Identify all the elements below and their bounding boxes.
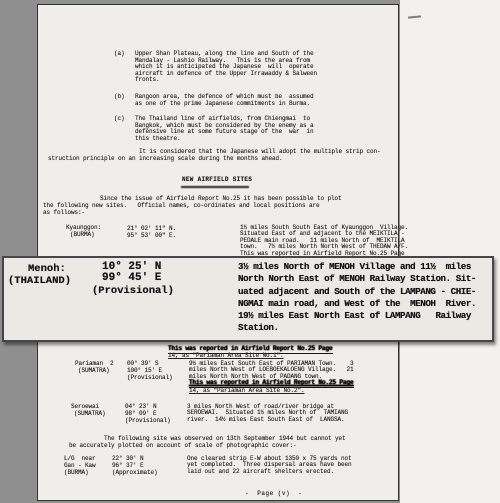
coordinate-line: 21° 02' 11" N. [127, 225, 176, 232]
text-line: NGMAI main road, and West of the MENOH R… [238, 298, 476, 310]
entry-pariaman2-country: (SUMATRA) [78, 368, 110, 375]
text-line: 19½ miles East North East of LAMPANG Rai… [238, 310, 476, 322]
list-label-a: (a) [114, 51, 125, 58]
paragraph-since-issue-line3: as follows:- [43, 210, 85, 217]
text-line: laid out and 22 aircraft shelters erecte… [187, 469, 352, 475]
excerpt-provisional: (Provisional) [92, 285, 174, 297]
entry-kyaunggon-coordinates: 21° 02' 11" N. 95° 53' 00" E. [127, 225, 176, 239]
text-line: river. 14½ miles East South East of LANG… [187, 417, 348, 423]
text-line: aircraft in defence of the Upper Irrawad… [135, 71, 317, 78]
text-line: uated adjacent and South of the LAMPANG … [238, 286, 476, 298]
text-line: 14, as "Pariaman Area Site No.2". [189, 388, 354, 394]
text-line: Station. [238, 322, 476, 334]
text-line: North North East of MENOH Railway Statio… [238, 273, 476, 285]
heading-underline [181, 186, 249, 188]
entry-seroewai-coordinates: 04° 23' N 98° 09' E (Provisional) [125, 404, 171, 425]
entry-kyaunggon-description: 1½ miles South South East of Kyaunggon V… [240, 225, 408, 257]
entry-lg-coordinates: 22° 30' N 96° 37' E (Approximate) [112, 456, 158, 477]
section-heading: NEW AIRFIELD SITES [182, 177, 252, 184]
text-line: fronts. [135, 77, 317, 84]
paragraph-rangoon: Rangoon area, the defence of which must … [135, 94, 314, 107]
text-line: (BURMA) [64, 470, 96, 477]
entry-seroewai-description: 3 miles North West of road/river bridge … [187, 404, 348, 423]
excerpt-description: 3½ miles North of MENOH Village and 11½ … [238, 261, 476, 335]
coordinate-line: (Provisional) [127, 375, 173, 382]
coordinate-line: (Approximate) [112, 470, 158, 477]
entry-lg-description: One cleared strip E-W about 1350 x 75 ya… [187, 456, 352, 475]
text-line: as one of the prime Japanese commitments… [135, 101, 314, 108]
coordinate-line: (Provisional) [125, 418, 171, 425]
paragraph-following-site-line2: be accurately plotted on account of scal… [69, 443, 297, 450]
entry-lg-name: L/G near Gan - Kaw (BURMA) [64, 456, 96, 477]
text-line: this theatre. [135, 136, 314, 143]
report-reference-line2: 14, as "Pariaman Area Site No.1". [168, 353, 284, 360]
magnified-excerpt-box: Menoh: (THAILAND) 10° 25' N 99° 45' E (P… [2, 256, 494, 342]
entry-pariaman2-description: 9½ miles East South East of PARIAMAN Tow… [189, 361, 354, 394]
paragraph-thailand-line: The Thailand line of airfields, from Chi… [135, 116, 314, 142]
list-label-b: (b) [114, 94, 125, 101]
paragraph-upper-shan: Upper Shan Plateau, along the line and S… [135, 51, 317, 84]
entry-pariaman2-coordinates: 00° 39' S 100° 15' E (Provisional) [127, 361, 173, 382]
scan-right-margin [400, 0, 500, 503]
list-label-c: (c) [114, 116, 125, 123]
text-line: 3½ miles North of MENOH Village and 11½ … [238, 261, 476, 273]
report-page: (a) Upper Shan Plateau, along the line a… [37, 4, 399, 501]
excerpt-longitude: 99° 45' E [102, 272, 161, 284]
coordinate-line: 95° 53' 00" E. [127, 232, 176, 239]
excerpt-site-country: (THAILAND) [8, 275, 71, 287]
entry-seroewai-country: (SUMATRA) [74, 411, 106, 418]
paragraph-multiple-strip-line2: struction principle on an increasing sca… [48, 156, 283, 163]
page-number: - Page (v) - [245, 491, 302, 498]
excerpt-site-name: Menoh: [28, 263, 66, 275]
entry-kyaunggon-country: (BURMA) [70, 232, 95, 239]
